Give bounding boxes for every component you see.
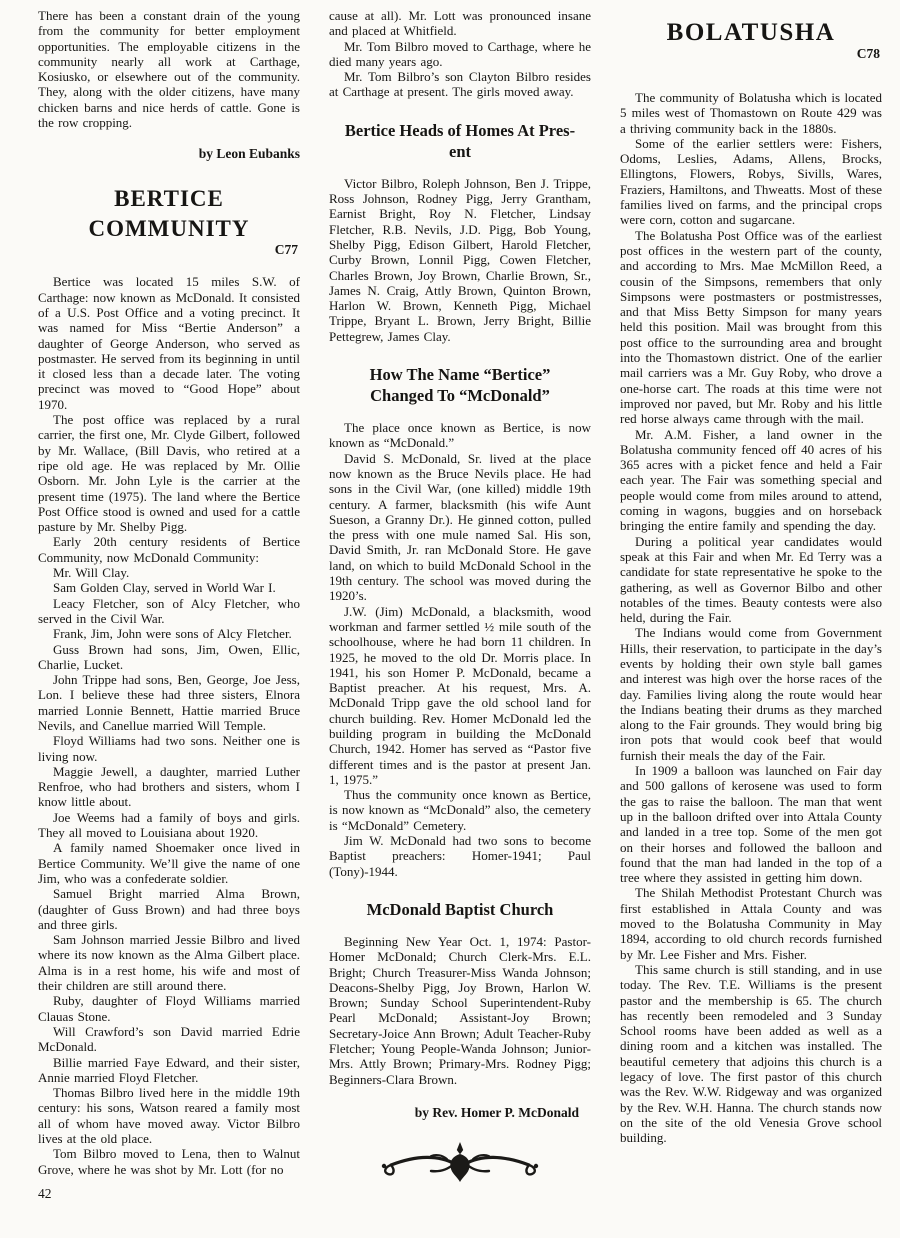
paragraph: There has been a constant drain of the y… bbox=[38, 8, 300, 130]
paragraph: Thomas Bilbro lived here in the middle 1… bbox=[38, 1085, 300, 1146]
page-number: 42 bbox=[38, 1186, 52, 1202]
column-left: There has been a constant drain of the y… bbox=[38, 8, 300, 1238]
paragraph-heads-of-homes-list: Victor Bilbro, Roleph Johnson, Ben J. Tr… bbox=[329, 176, 591, 344]
paragraph: John Trippe had sons, Ben, George, Joe J… bbox=[38, 672, 300, 733]
paragraph: The place once known as Bertice, is now … bbox=[329, 420, 591, 451]
heading-line: Changed To “McDonald” bbox=[370, 386, 550, 405]
column-middle: cause at all). Mr. Lott was pronounced i… bbox=[329, 8, 591, 1238]
paragraph: Sam Golden Clay, served in World War I. bbox=[38, 580, 300, 595]
paragraph: The Shilah Methodist Protestant Church w… bbox=[620, 885, 882, 961]
paragraph: Will Crawford’s son David married Edrie … bbox=[38, 1024, 300, 1055]
paragraph: Bertice was located 15 miles S.W. of Car… bbox=[38, 274, 300, 412]
paragraph: Mr. Tom Bilbro moved to Carthage, where … bbox=[329, 39, 591, 70]
paragraph: Mr. Will Clay. bbox=[38, 565, 300, 580]
paragraph: Guss Brown had sons, Jim, Owen, Ellic, C… bbox=[38, 642, 300, 673]
title-line: COMMUNITY bbox=[88, 216, 249, 241]
paragraph: Sam Johnson married Jessie Bilbro and li… bbox=[38, 932, 300, 993]
heading-line: How The Name “Bertice” bbox=[370, 365, 551, 384]
heading-line: ent bbox=[449, 142, 471, 161]
paragraph: Mr. Tom Bilbro’s son Clayton Bilbro resi… bbox=[329, 69, 591, 100]
paragraph: Early 20th century residents of Bertice … bbox=[38, 534, 300, 565]
title-line: BERTICE bbox=[114, 186, 224, 211]
paragraph: Thus the community once known as Bertice… bbox=[329, 787, 591, 833]
paragraph: This same church is still standing, and … bbox=[620, 962, 882, 1146]
paragraph: The community of Bolatusha which is loca… bbox=[620, 90, 882, 136]
paragraph: Ruby, daughter of Floyd Williams married… bbox=[38, 993, 300, 1024]
paragraph: cause at all). Mr. Lott was pronounced i… bbox=[329, 8, 591, 39]
paragraph-church-officers: Beginning New Year Oct. 1, 1974: Pastor-… bbox=[329, 934, 591, 1087]
paragraph: Floyd Williams had two sons. Neither one… bbox=[38, 733, 300, 764]
paragraph: In 1909 a balloon was launched on Fair d… bbox=[620, 763, 882, 885]
section-code-c78: C78 bbox=[620, 46, 880, 62]
paragraph: The Bolatusha Post Office was of the ear… bbox=[620, 228, 882, 427]
section-title-bertice-community: BERTICECOMMUNITY bbox=[38, 184, 300, 244]
column-right: BOLATUSHA C78 The community of Bolatusha… bbox=[620, 8, 882, 1238]
paragraph: The post office was replaced by a rural … bbox=[38, 412, 300, 534]
heading-line: Bertice Heads of Homes At Pres- bbox=[345, 121, 575, 140]
paragraph: J.W. (Jim) McDonald, a blacksmith, wood … bbox=[329, 604, 591, 788]
section-code-c77: C77 bbox=[38, 242, 298, 258]
paragraph: Joe Weems had a family of boys and girls… bbox=[38, 810, 300, 841]
paragraph: Billie married Faye Edward, and their si… bbox=[38, 1055, 300, 1086]
paragraph: Mr. A.M. Fisher, a land owner in the Bol… bbox=[620, 427, 882, 534]
paragraph: Leacy Fletcher, son of Alcy Fletcher, wh… bbox=[38, 596, 300, 627]
paragraph: Some of the earlier settlers were: Fishe… bbox=[620, 136, 882, 228]
heading-bertice-heads-of-homes: Bertice Heads of Homes At Pres-ent bbox=[329, 120, 591, 162]
heading-mcdonald-baptist-church: McDonald Baptist Church bbox=[329, 899, 591, 920]
heading-how-name-changed: How The Name “Bertice”Changed To “McDona… bbox=[329, 364, 591, 406]
paragraph: Frank, Jim, John were sons of Alcy Fletc… bbox=[38, 626, 300, 641]
paragraph: The Indians would come from Government H… bbox=[620, 625, 882, 763]
section-title-bolatusha: BOLATUSHA bbox=[620, 18, 882, 48]
paragraph: Maggie Jewell, a daughter, married Luthe… bbox=[38, 764, 300, 810]
byline-leon-eubanks: by Leon Eubanks bbox=[38, 146, 300, 162]
paragraph: David S. McDonald, Sr. lived at the plac… bbox=[329, 451, 591, 604]
paragraph: During a political year candidates would… bbox=[620, 534, 882, 626]
flourish-icon bbox=[375, 1141, 545, 1183]
paragraph: Tom Bilbro moved to Lena, then to Walnut… bbox=[38, 1146, 300, 1177]
paragraph: Samuel Bright married Alma Brown, (daugh… bbox=[38, 886, 300, 932]
divider-ornament bbox=[329, 1141, 591, 1188]
scanned-book-page: There has been a constant drain of the y… bbox=[0, 0, 900, 1238]
paragraph: A family named Shoemaker once lived in B… bbox=[38, 840, 300, 886]
byline-homer-mcdonald: by Rev. Homer P. McDonald bbox=[329, 1105, 579, 1121]
paragraph: Jim W. McDonald had two sons to become B… bbox=[329, 833, 591, 879]
